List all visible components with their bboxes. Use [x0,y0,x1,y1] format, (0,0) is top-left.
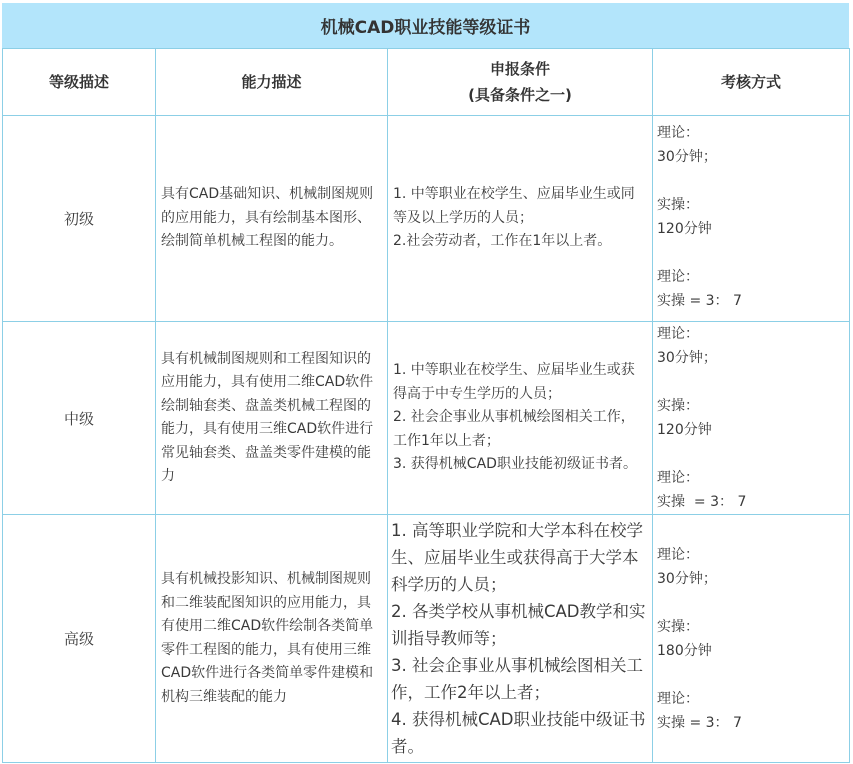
exam-practice-label: 实操： [657,394,845,418]
ability-cell: 具有机械投影知识、机械制图规则和二维装配图知识的应用能力，具有使用二维CAD软件… [156,515,388,763]
header-requirements: 申报条件 (具备条件之一) [388,49,653,116]
exam-ratio-value: 实操 = 3： 7 [657,490,845,514]
requirements-cell: 1. 中等职业在校学生、应届毕业生或获得高于中专生学历的人员； 2. 社会企事业… [388,322,653,515]
level-cell: 中级 [3,322,156,515]
requirement-item: 3. 社会企事业从事机械绘图相关工作，工作2年以上者； [391,652,649,706]
exam-ratio-label: 理论： [657,265,845,289]
requirement-item: 1. 中等职业在校学生、应届毕业生或获得高于中专生学历的人员； [393,359,648,406]
exam-ratio-label: 理论： [657,687,845,711]
exam-cell: 理论： 30分钟； 实操： 120分钟 理论： 实操 = 3： 7 [653,322,850,515]
exam-practice-label: 实操： [657,193,845,217]
exam-ratio-value: 实操 = 3： 7 [657,711,845,735]
exam-theory-label: 理论： [657,121,845,145]
requirement-item: 4. 获得机械CAD职业技能中级证书者。 [391,706,649,760]
exam-theory-time: 30分钟； [657,567,845,591]
requirement-item: 2. 社会企事业从事机械绘图相关工作，工作1年以上者； [393,406,648,453]
exam-spacer [657,169,845,193]
table-row-primary: 初级 具有CAD基础知识、机械制图规则的应用能力，具有绘制基本图形、绘制简单机械… [3,116,850,322]
table-title: 机械CAD职业技能等级证书 [2,3,849,48]
exam-practice-time: 120分钟 [657,418,845,442]
exam-theory-time: 30分钟； [657,346,845,370]
exam-ratio-label: 理论： [657,466,845,490]
exam-practice-label: 实操： [657,615,845,639]
exam-practice-time: 180分钟 [657,639,845,663]
exam-theory-label: 理论： [657,322,845,346]
table-row-intermediate: 中级 具有机械制图规则和工程图知识的应用能力，具有使用二维CAD软件绘制轴套类、… [3,322,850,515]
requirement-item: 3. 获得机械CAD职业技能初级证书者。 [393,453,648,477]
exam-cell: 理论： 30分钟； 实操： 180分钟 理论： 实操 = 3： 7 [653,515,850,763]
requirement-item: 1. 中等职业在校学生、应届毕业生或同等及以上学历的人员； [393,183,648,230]
requirements-cell: 1. 高等职业学院和大学本科在校学生、应届毕业生或获得高于大学本科学历的人员； … [388,515,653,763]
header-requirements-title: 申报条件 [388,56,652,82]
header-ability: 能力描述 [156,49,388,116]
header-requirements-note: (具备条件之一) [388,82,652,108]
exam-theory-label: 理论： [657,543,845,567]
certificate-table-container: 机械CAD职业技能等级证书 等级描述 能力描述 申报条件 (具备条件之一) 考核… [2,3,849,763]
exam-spacer [657,370,845,394]
exam-spacer [657,663,845,687]
requirement-item: 2.社会劳动者，工作在1年以上者。 [393,230,648,254]
exam-cell: 理论： 30分钟； 实操： 120分钟 理论： 实操 = 3： 7 [653,116,850,322]
header-exam: 考核方式 [653,49,850,116]
exam-spacer [657,591,845,615]
requirement-item: 2. 各类学校从事机械CAD教学和实训指导教师等； [391,598,649,652]
exam-spacer [657,442,845,466]
header-row: 等级描述 能力描述 申报条件 (具备条件之一) 考核方式 [3,49,850,116]
exam-practice-time: 120分钟 [657,217,845,241]
requirement-item: 1. 高等职业学院和大学本科在校学生、应届毕业生或获得高于大学本科学历的人员； [391,517,649,598]
exam-spacer [657,241,845,265]
table-row-advanced: 高级 具有机械投影知识、机械制图规则和二维装配图知识的应用能力，具有使用二维CA… [3,515,850,763]
exam-ratio-value: 实操 = 3： 7 [657,289,845,313]
ability-cell: 具有CAD基础知识、机械制图规则的应用能力，具有绘制基本图形、绘制简单机械工程图… [156,116,388,322]
header-level: 等级描述 [3,49,156,116]
level-cell: 高级 [3,515,156,763]
exam-theory-time: 30分钟； [657,145,845,169]
requirements-cell: 1. 中等职业在校学生、应届毕业生或同等及以上学历的人员； 2.社会劳动者，工作… [388,116,653,322]
certificate-table: 等级描述 能力描述 申报条件 (具备条件之一) 考核方式 初级 具有CAD基础知… [2,48,850,763]
ability-cell: 具有机械制图规则和工程图知识的应用能力，具有使用二维CAD软件绘制轴套类、盘盖类… [156,322,388,515]
level-cell: 初级 [3,116,156,322]
